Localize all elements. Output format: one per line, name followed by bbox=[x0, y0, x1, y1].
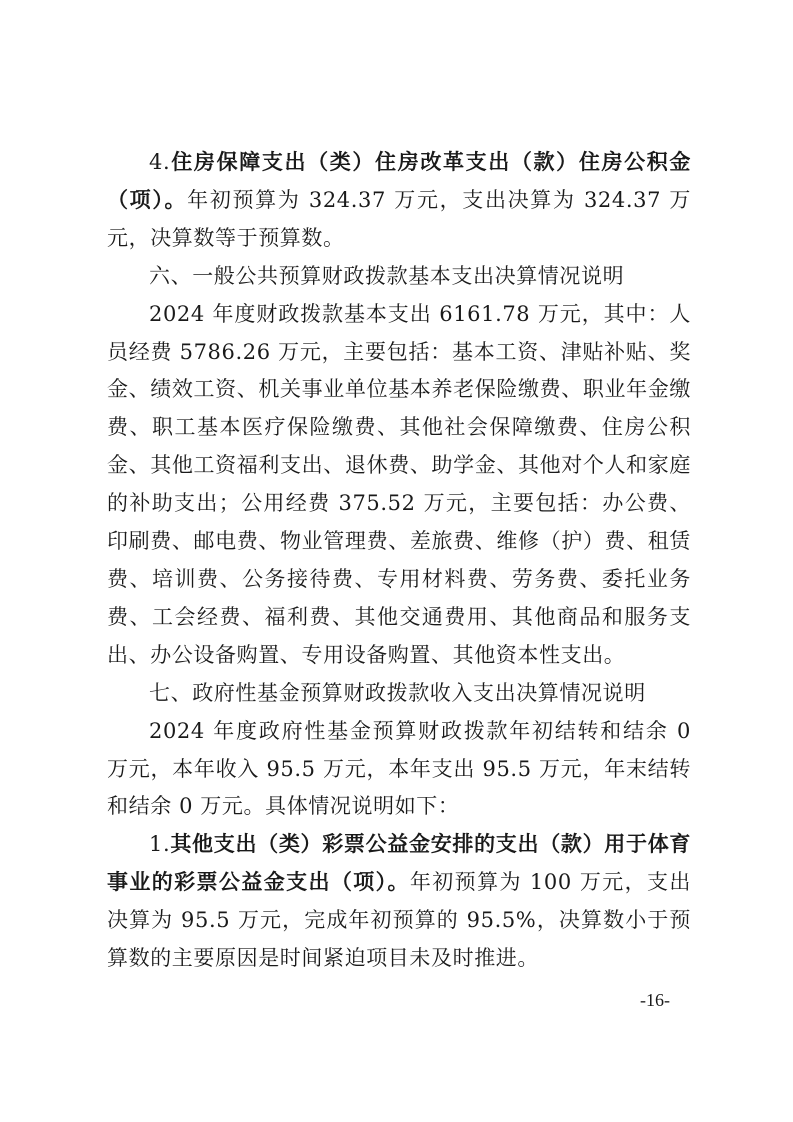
item-housing-provident-fund: 4.住房保障支出（类）住房改革支出（款）住房公积金（项）。年初预算为 324.3… bbox=[107, 144, 691, 258]
paragraph-government-fund: 2024 年度政府性基金预算财政拨款年初结转和结余 0 万元，本年收入 95.5… bbox=[107, 713, 691, 827]
item-number: 4. bbox=[149, 150, 170, 174]
document-page: 4.住房保障支出（类）住房改革支出（款）住房公积金（项）。年初预算为 324.3… bbox=[107, 144, 691, 978]
section-heading-7: 七、政府性基金预算财政拨款收入支出决算情况说明 bbox=[107, 675, 691, 713]
item-lottery-fund: 1.其他支出（类）彩票公益金安排的支出（款）用于体育事业的彩票公益金支出（项）。… bbox=[107, 826, 691, 978]
item-number: 1. bbox=[149, 832, 170, 856]
section-heading-6: 六、一般公共预算财政拨款基本支出决算情况说明 bbox=[107, 258, 691, 296]
paragraph-basic-expenditure: 2024 年度财政拨款基本支出 6161.78 万元，其中：人员经费 5786.… bbox=[107, 296, 691, 675]
item-body: 年初预算为 324.37 万元，支出决算为 324.37 万元，决算数等于预算数… bbox=[107, 188, 691, 250]
page-number: -16- bbox=[640, 990, 670, 1011]
